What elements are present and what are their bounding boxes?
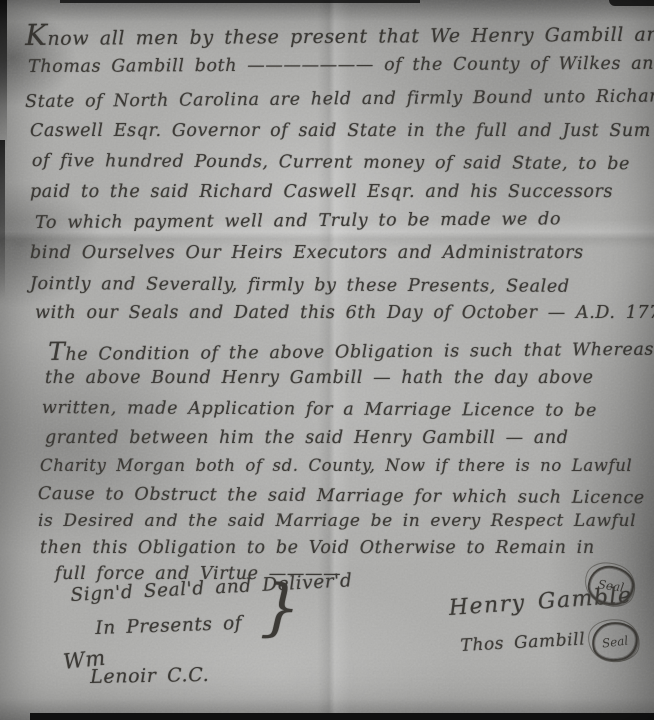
- condition-line: Charity Morgan both of sd. County, Now i…: [40, 456, 632, 475]
- bond-line: bind Ourselves Our Heirs Executors and A…: [30, 243, 584, 263]
- condition-line: granted between him the said Henry Gambi…: [45, 428, 569, 448]
- photo-edge-left-2: [0, 140, 5, 300]
- photo-edge-left: [0, 0, 7, 150]
- condition-line: The Condition of the above Obligation is…: [48, 332, 654, 366]
- photo-edge-top: [60, 0, 420, 3]
- condition-line: the above Bound Henry Gambill — hath the…: [45, 368, 594, 388]
- signature-thomas-gambill: Thos Gambill: [460, 629, 586, 656]
- seal-label: Seal: [601, 633, 629, 650]
- bond-line: Jointly and Severally, firmly by these P…: [30, 274, 570, 297]
- seal-label: Seal: [597, 577, 625, 595]
- bond-line: of five hundred Pounds, Current money of…: [32, 151, 630, 174]
- bond-line: with our Seals and Dated this 6th Day of…: [35, 303, 654, 323]
- document-photo: Know all men by these present that We He…: [0, 0, 654, 720]
- condition-line: Cause to Obstruct the said Marriage for …: [38, 484, 645, 508]
- bond-line: Know all men by these present that We He…: [25, 13, 654, 52]
- bond-line: State of North Carolina are held and fir…: [25, 86, 654, 112]
- seal-mark-2: Seal: [590, 619, 640, 663]
- bond-line: Thomas Gambill both ——————— of the Count…: [28, 54, 654, 77]
- attestation-line-2: In Presents of: [95, 613, 243, 639]
- photo-edge-bottom: [30, 713, 654, 720]
- bond-line: Caswell Esqr. Governor of said State in …: [30, 121, 651, 141]
- attestation-brace: }: [259, 570, 302, 644]
- condition-line: is Desired and the said Marriage be in e…: [38, 511, 636, 531]
- witness-signature: Lenoir C.C.: [90, 664, 210, 688]
- condition-line: written, made Application for a Marriage…: [42, 398, 597, 421]
- bond-line: paid to the said Richard Caswell Esqr. a…: [30, 182, 613, 202]
- photo-edge-top-right: [609, 0, 654, 6]
- condition-line: then this Obligation to be Void Otherwis…: [40, 538, 595, 558]
- bond-line: To which payment well and Truly to be ma…: [35, 209, 561, 233]
